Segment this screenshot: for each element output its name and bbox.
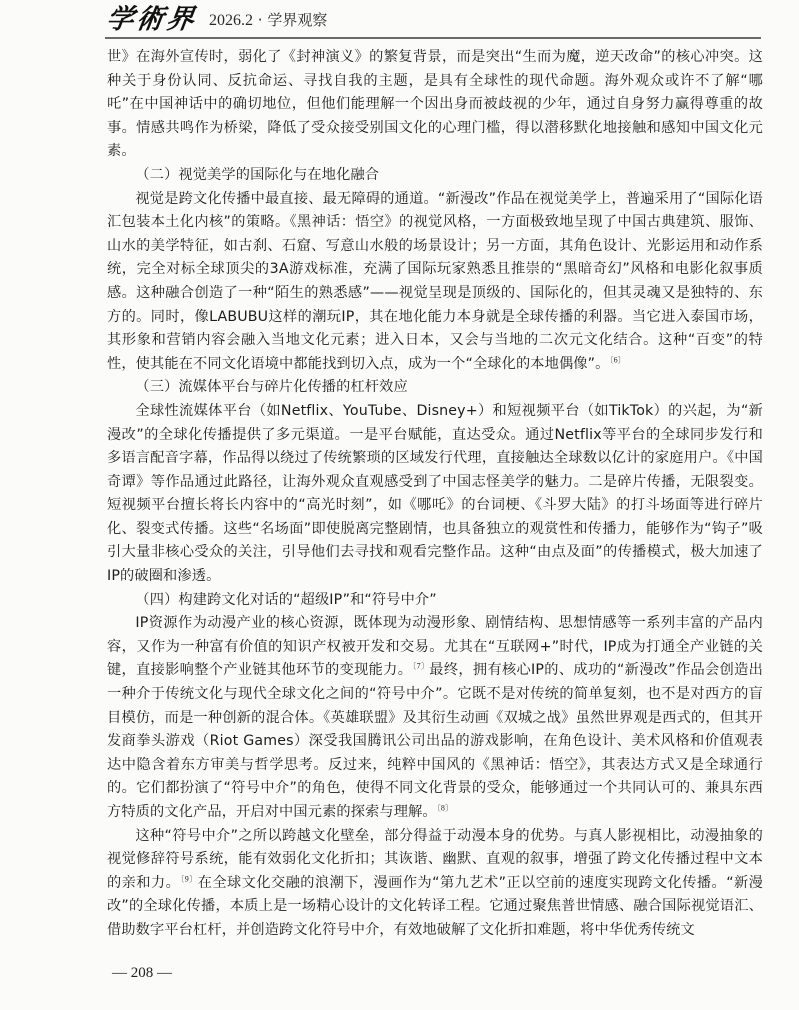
paragraph: 视觉是跨文化传播中最直接、最无障碍的通道。“新漫改”作品在视觉美学上，普遍采用了… <box>107 188 763 377</box>
citation-ref-9: 〔9〕 <box>180 874 197 883</box>
section-heading-2: （二）视觉美学的国际化与在地化融合 <box>107 164 763 188</box>
article-body: 世》在海外宣传时，弱化了《封神演义》的繁复背景，而是突出“生而为魔，逆天改命”的… <box>107 46 763 943</box>
paragraph-text: 最终，拥有核心IP的、成功的“新漫改”作品会创造出一种介于传统文化与现代全球文化… <box>107 662 763 820</box>
citation-ref-7: 〔7〕 <box>412 662 429 671</box>
issue-separator: · <box>258 11 263 29</box>
paragraph: 这种“符号中介”之所以跨越文化壁垒，部分得益于动漫本身的优势。与真人影视相比，动… <box>107 825 763 943</box>
paragraph-text: 视觉是跨文化传播中最直接、最无障碍的通道。“新漫改”作品在视觉美学上，普遍采用了… <box>107 191 763 372</box>
citation-ref-8: 〔8〕 <box>437 803 453 812</box>
journal-logo: 学術界 <box>104 0 199 36</box>
paragraph: IP资源作为动漫产业的核心资源，既体现为动漫形象、剧情结构、思想情感等一系列丰富… <box>107 612 763 824</box>
column-name: 学界观察 <box>267 11 327 29</box>
paragraph: 全球性流媒体平台（如Netflix、YouTube、Disney+）和短视频平台… <box>107 400 763 589</box>
section-heading-3: （三）流媒体平台与碎片化传播的杠杆效应 <box>107 376 763 400</box>
section-heading-4: （四）构建跨文化对话的“超级IP”和“符号中介” <box>107 589 763 613</box>
page-header: 学術界 2026.2 · 学界观察 <box>105 0 761 39</box>
page-number: — 208 — <box>112 965 172 982</box>
paragraph-continued: 世》在海外宣传时，弱化了《封神演义》的繁复背景，而是突出“生而为魔，逆天改命”的… <box>107 46 763 164</box>
citation-ref-6: 〔6〕 <box>609 355 625 364</box>
paragraph-text: 在全球文化交融的浪潮下，漫画作为“第九艺术”正以空前的速度实现跨文化传播。“新漫… <box>107 875 763 938</box>
issue-number: 2026.2 <box>209 12 253 29</box>
issue-info: 2026.2 · 学界观察 <box>209 9 327 30</box>
